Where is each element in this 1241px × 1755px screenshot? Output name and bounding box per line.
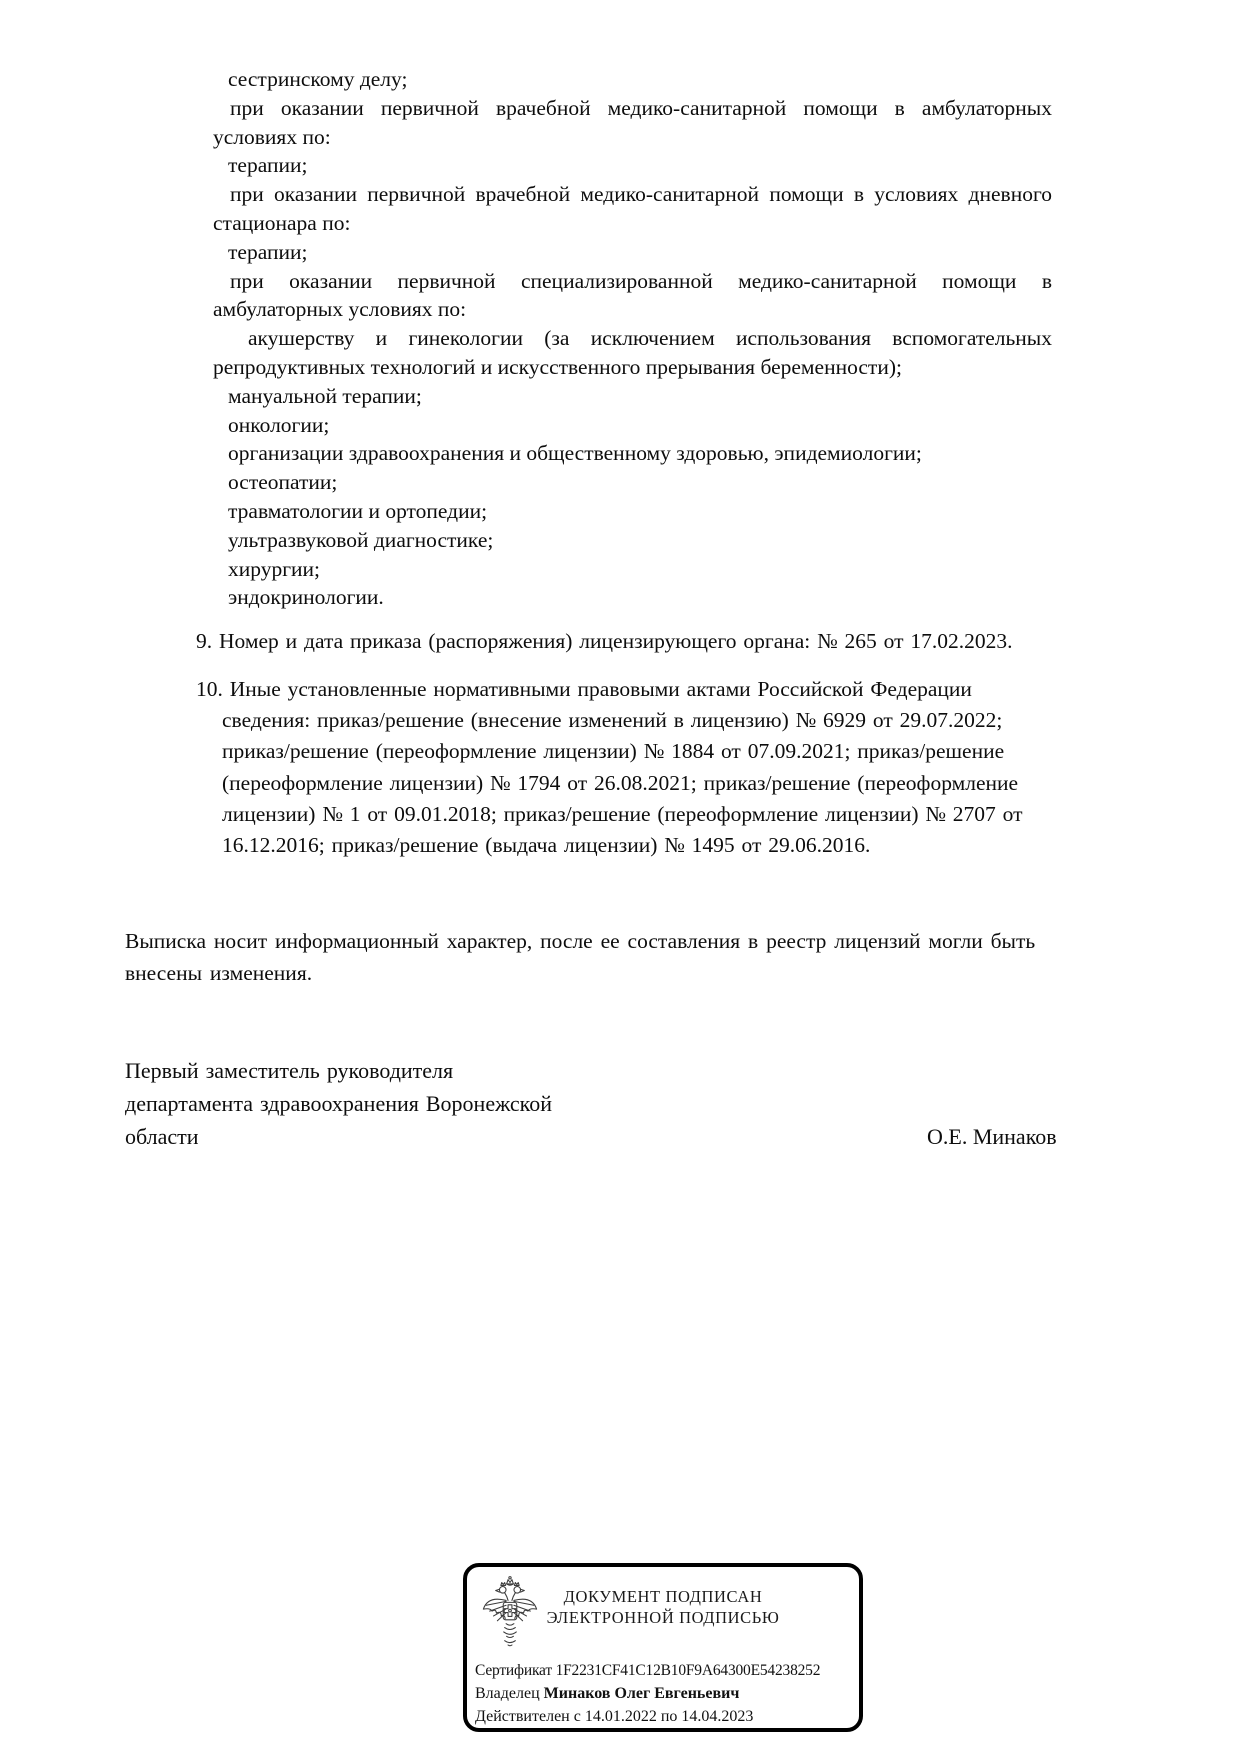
text-line: онкологии; [228, 411, 329, 440]
text-line: хирургии; [228, 555, 320, 584]
text-line: эндокринологии. [228, 583, 384, 612]
other-information-item: 10. Иные установленные нормативными прав… [125, 674, 1125, 861]
validity-line: Действителен с 14.01.2022 по 14.04.2023 [475, 1705, 857, 1728]
text-line: амбулаторных условиях по: [213, 295, 466, 324]
text-line: организации здравоохранения и общественн… [228, 439, 922, 468]
text-line: Первый заместитель руководителя [125, 1054, 453, 1087]
text-line: травматологии и ортопедии; [228, 497, 487, 526]
text-line: 16.12.2016; приказ/решение (выдача лицен… [222, 830, 870, 861]
stamp-details: Сертификат 1F2231CF41C12B10F9A64300E5423… [475, 1659, 857, 1728]
text-line: сестринскому делу; [228, 65, 407, 94]
text-line: терапии; [228, 151, 307, 180]
text-line: лицензии) № 1 от 09.01.2018; приказ/реше… [222, 799, 1023, 830]
text-line: акушерству и гинекологии (за исключением… [248, 324, 1052, 353]
text-line: стационара по: [213, 209, 350, 238]
certificate-line: Сертификат 1F2231CF41C12B10F9A64300E5423… [475, 1659, 857, 1682]
text-line: приказ/решение (переоформление лицензии)… [222, 736, 1004, 767]
text-line: условиях по: [213, 123, 331, 152]
text-line: репродуктивных технологий и искусственно… [213, 353, 902, 382]
text-line: сведения: приказ/решение (внесение измен… [222, 705, 1002, 736]
document-page: сестринскому делу;при оказании первичной… [0, 0, 1241, 1755]
text-line: 10. Иные установленные нормативными прав… [196, 674, 972, 705]
owner-label: Владелец [475, 1685, 540, 1702]
text-line: ультразвуковой диагностике; [228, 526, 493, 555]
signatory-name: О.Е. Минаков [927, 1120, 1057, 1153]
signature-block: Первый заместитель руководителядепартаме… [125, 1054, 1125, 1174]
text-line: при оказании первичной врачебной медико-… [230, 180, 1052, 209]
order-number-item: 9. Номер и дата приказа (распоряжения) л… [125, 627, 1125, 656]
owner-name: Минаков Олег Евгеньевич [544, 1685, 740, 1702]
text-line: Выписка носит информационный характер, п… [125, 925, 1035, 957]
text-line: области [125, 1120, 199, 1153]
text-line: при оказании первичной специализированно… [230, 267, 1052, 296]
informational-note: Выписка носит информационный характер, п… [125, 925, 1135, 989]
text-line: мануальной терапии; [228, 382, 422, 411]
license-activities-list: сестринскому делу;при оказании первичной… [125, 65, 1052, 612]
text-line: терапии; [228, 238, 307, 267]
text-line: департамента здравоохранения Воронежской [125, 1087, 552, 1120]
text-line: при оказании первичной врачебной медико-… [230, 94, 1052, 123]
text-line: остеопатии; [228, 468, 337, 497]
text-line: (переоформление лицензии) № 1794 от 26.0… [222, 768, 1018, 799]
text-line: внесены изменения. [125, 957, 312, 989]
text-line: 9. Номер и дата приказа (распоряжения) л… [196, 627, 1013, 656]
electronic-signature-stamp: ДОКУМЕНТ ПОДПИСАН ЭЛЕКТРОННОЙ ПОДПИСЬЮ С… [463, 1563, 863, 1732]
owner-line: Владелец Минаков Олег Евгеньевич [475, 1682, 857, 1705]
roszdravnadzor-eagle-emblem-icon [479, 1575, 541, 1653]
